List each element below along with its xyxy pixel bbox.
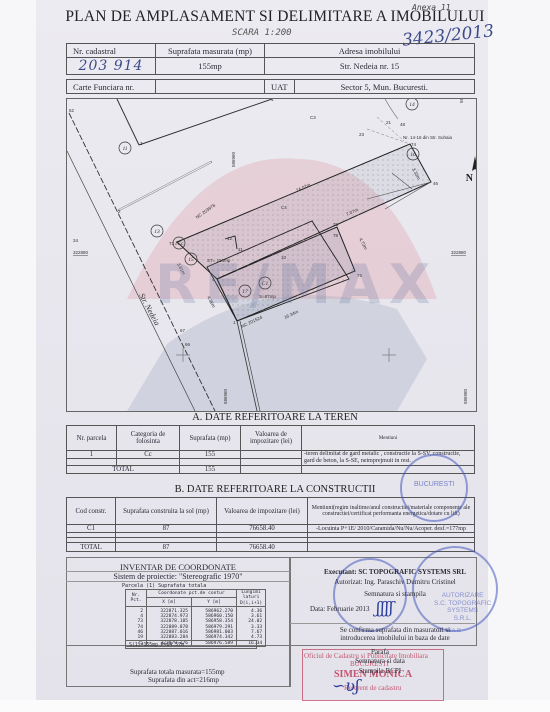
page-margin-right bbox=[488, 0, 550, 712]
col-built-area-header: Suprafata construita la sol (mp) bbox=[116, 498, 217, 525]
executant-signature: ʃʃʃʃ bbox=[376, 598, 393, 617]
address-value: Str. Nedeia nr. 15 bbox=[265, 58, 475, 75]
section-a-title: A. DATE REFERITOARE LA TEREN bbox=[0, 412, 550, 423]
executant: Executant: SC TOPOGRAFIC SYSTEMS SRL bbox=[290, 568, 500, 576]
total-measured-area: Suprafata totala masurata=155mp bbox=[130, 668, 225, 676]
svg-text:322880: 322880 bbox=[451, 250, 467, 255]
coordinate-row: 2322871.325586962.2704.36 bbox=[126, 606, 266, 614]
svg-text:586980: 586980 bbox=[463, 388, 468, 404]
header-table: Nr. cadastral Suprafata masurata (mp) Ad… bbox=[66, 43, 475, 75]
svg-text:66: 66 bbox=[185, 342, 191, 347]
inventory-title: INVENTAR DE COORDONATE bbox=[66, 562, 290, 572]
deed-area: Suprafata din act=216mp bbox=[148, 676, 219, 684]
north-arrow-icon bbox=[472, 156, 476, 171]
ocpi-signature: ∽ʋʃ bbox=[332, 676, 359, 695]
page-margin-bottom bbox=[0, 700, 550, 712]
svg-text:78: 78 bbox=[333, 233, 339, 238]
stamp-city-text: BUCURESTI bbox=[414, 481, 454, 488]
svg-text:79: 79 bbox=[333, 222, 339, 227]
land-book-table: Carte Funciara nr. UAT Sector 5, Mun. Bu… bbox=[66, 79, 475, 94]
svg-text:11: 11 bbox=[122, 146, 127, 152]
svg-text:13: 13 bbox=[154, 229, 160, 235]
svg-text:586980: 586980 bbox=[459, 99, 464, 103]
area-label: Suprafata masurata (mp) bbox=[156, 44, 265, 58]
svg-text:34: 34 bbox=[73, 238, 79, 243]
svg-text:67: 67 bbox=[180, 328, 186, 333]
col-area-header: Suprafata (mp) bbox=[180, 426, 241, 451]
col-code-header: Cod constr. bbox=[67, 498, 116, 525]
confirmation-line-1: Se confirma suprafata din masuratori si bbox=[290, 626, 500, 634]
coordinates-table: Nr. Pct. Coordonate pct.de contur Lungim… bbox=[125, 589, 266, 647]
signature-date-label: Semnatura si data bbox=[330, 657, 430, 665]
cadastral-value: 203 914 bbox=[79, 58, 144, 74]
col-tax-value-header: Valoarea de impozitare (lei) bbox=[217, 498, 308, 525]
svg-text:16: 16 bbox=[410, 152, 416, 158]
site-plan-drawing: 111314 161517 1CcC1 586960 586980 586960… bbox=[66, 98, 477, 412]
svg-text:C3: C3 bbox=[310, 115, 316, 120]
col-value-header: Valoarea de impozitare (lei) bbox=[241, 426, 302, 451]
col-notes-header: Mentiuni bbox=[302, 426, 475, 451]
svg-text:14: 14 bbox=[409, 101, 415, 108]
table-row: C1 87 76658.40 -Locuinta P+1E/ 2010/Cara… bbox=[67, 525, 475, 533]
land-book-value bbox=[156, 80, 265, 94]
page-margin-left bbox=[0, 0, 36, 712]
cadastral-label: Nr. cadastral bbox=[67, 44, 156, 58]
svg-text:322880: 322880 bbox=[73, 250, 89, 255]
svg-text:1Cc: 1Cc bbox=[175, 241, 184, 247]
area-value: 155mp bbox=[156, 58, 265, 75]
confirmation-line-2: introducerea imobilului in baza de date bbox=[290, 634, 500, 642]
svg-text:21: 21 bbox=[386, 120, 392, 125]
remax-watermark: RE/MAX bbox=[155, 253, 438, 316]
projection-system: Sistem de proiectie: "Stereografic 1970" bbox=[66, 572, 290, 581]
uat-label: UAT bbox=[265, 80, 295, 94]
bcpi-stamp-label: Stampila BCPI bbox=[330, 667, 430, 675]
svg-text:74: 74 bbox=[411, 142, 417, 147]
land-book-label: Carte Funciara nr. bbox=[67, 80, 156, 94]
total-row: TOTAL 87 76658.40 bbox=[67, 543, 475, 552]
svg-text:23: 23 bbox=[359, 132, 365, 137]
svg-text:Nr. 14-16 din Str. Suhaia: Nr. 14-16 din Str. Suhaia bbox=[403, 135, 453, 140]
svg-text:586960: 586960 bbox=[223, 388, 228, 404]
address-label: Adresa imobilului bbox=[265, 44, 475, 58]
svg-text:12: 12 bbox=[227, 236, 233, 241]
authorized-person: Autorizat: Ing. Paraschiv Dumitru Cristi… bbox=[290, 578, 500, 586]
svg-text:48: 48 bbox=[400, 122, 406, 127]
svg-text:C4: C4 bbox=[281, 205, 287, 210]
uat-value: Sector 5, Mun. Bucuresti. bbox=[294, 80, 474, 94]
paraph-label: Parafa bbox=[330, 648, 430, 656]
coordinates-footer: S(1)=155mp P=64.57m bbox=[125, 640, 257, 649]
svg-text:52: 52 bbox=[69, 108, 75, 113]
svg-text:46: 46 bbox=[433, 181, 439, 186]
svg-text:73: 73 bbox=[169, 241, 175, 246]
scale-label: SCARA 1:200 bbox=[232, 28, 292, 38]
execution-date: Data: Februarie 2013 bbox=[310, 605, 440, 613]
table-row: 1 Cc 155 -teren delimitat de gard metali… bbox=[67, 451, 475, 459]
col-parcel-header: Nr. parcela bbox=[67, 426, 117, 451]
bucuresti-stamp bbox=[400, 454, 468, 522]
col-category-header: Categoria de folosinta bbox=[117, 426, 180, 451]
signature-label: Semnatura si stampila bbox=[290, 590, 500, 598]
svg-text:N: N bbox=[466, 173, 474, 184]
svg-text:11: 11 bbox=[238, 247, 243, 252]
svg-text:1: 1 bbox=[271, 99, 274, 102]
svg-text:586960: 586960 bbox=[231, 151, 236, 167]
